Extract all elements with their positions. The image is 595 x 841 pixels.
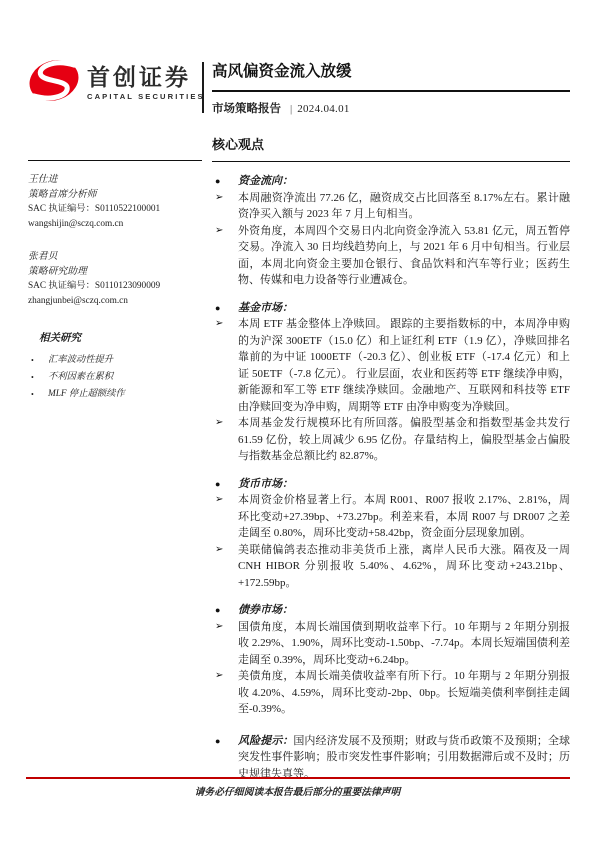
related-research-list: •汇率波动性提升•不利因素在累积•MLF 停止超额续作 <box>28 352 202 403</box>
circle-bullet-icon: ● <box>212 602 238 619</box>
section-title: 货币市场： <box>238 478 293 490</box>
viewpoint-section: ●货币市场：➢本周资金价格显著上行。本周 R001、R007 报收 2.17%、… <box>212 476 570 592</box>
arrow-bullet-icon: ➢ <box>212 492 238 542</box>
section-heading-row: ●债券市场： <box>212 602 570 619</box>
core-viewpoints-heading: 核心观点 <box>212 134 570 153</box>
analyst-sac-number: SAC 执证编号：S0110123090009 <box>28 279 202 294</box>
section-heading-text: 资金流向： <box>238 173 570 190</box>
analyst-block: 张君贝策略研究助理SAC 执证编号：S0110123090009zhangjun… <box>28 249 202 309</box>
sidebar-rule <box>28 160 202 161</box>
related-research-item-label: MLF 停止超额续作 <box>39 386 125 403</box>
analyst-email: wangshijin@sczq.com.cn <box>28 217 202 232</box>
report-title: 高风偏资金流入放缓 <box>212 59 570 81</box>
viewpoint-section: ●基金市场：➢本周 ETF 基金整体上净赎回。 跟踪的主要指数标的中，本周净申购… <box>212 300 570 465</box>
bullet-row: ➢本周 ETF 基金整体上净赎回。 跟踪的主要指数标的中，本周净申购的为沪深 3… <box>212 316 570 415</box>
bullet-row: ➢本周资金价格显著上行。本周 R001、R007 报收 2.17%、2.81%，… <box>212 492 570 542</box>
section-heading-text: 货币市场： <box>238 476 570 493</box>
analyst-role: 策略首席分析师 <box>28 187 202 202</box>
circle-bullet-icon: ● <box>212 733 238 783</box>
bullet-text: 本周融资净流出 77.26 亿，融资成交占比回落至 8.17%左右。累计融资净买… <box>238 190 570 223</box>
dot-bullet-icon: • <box>28 352 39 369</box>
header-vertical-divider <box>202 62 204 113</box>
report-subtitle: 市场策略报告 | 2024.04.01 <box>212 100 570 116</box>
header-title-block: 高风偏资金流入放缓 市场策略报告 | 2024.04.01 <box>212 59 570 116</box>
bullet-text: 美联储偏鸽表态推动非美货币上涨，离岸人民币大涨。隔夜及一周 CNH HIBOR … <box>238 542 570 592</box>
arrow-bullet-icon: ➢ <box>212 542 238 592</box>
arrow-bullet-icon: ➢ <box>212 316 238 415</box>
analyst-block: 王仕进策略首席分析师SAC 执证编号：S0110522100001wangshi… <box>28 172 202 232</box>
arrow-bullet-icon: ➢ <box>212 415 238 465</box>
viewpoint-section: ●风险提示：国内经济发展不及预期；财政与货币政策不及预期；全球突发性事件影响；股… <box>212 733 570 783</box>
analyst-name: 张君贝 <box>28 249 202 264</box>
related-research-item-label: 汇率波动性提升 <box>39 352 113 369</box>
section-heading-text: 风险提示：国内经济发展不及预期；财政与货币政策不及预期；全球突发性事件影响；股市… <box>238 733 570 783</box>
related-research-item: •不利因素在累积 <box>28 369 202 386</box>
related-research: 相关研究 •汇率波动性提升•不利因素在累积•MLF 停止超额续作 <box>28 330 202 403</box>
logo-name-cn: 首创证券 <box>87 65 205 89</box>
analyst-sac-number: SAC 执证编号：S0110522100001 <box>28 202 202 217</box>
related-research-item-label: 不利因素在累积 <box>39 369 113 386</box>
bullet-row: ➢本周基金发行规模环比有所回落。偏股型基金和指数型基金共发行 61.59 亿份，… <box>212 415 570 465</box>
section-title: 风险提示： <box>238 735 293 747</box>
related-research-item: •汇率波动性提升 <box>28 352 202 369</box>
logo-swoosh-icon <box>28 57 80 109</box>
related-research-item: •MLF 停止超额续作 <box>28 386 202 403</box>
bullet-text: 外资角度，本周四个交易日内北向资金净流入 53.81 亿元，周五暂停交易。净流入… <box>238 223 570 289</box>
report-date: 2024.04.01 <box>297 103 350 115</box>
section-heading-text: 债券市场： <box>238 602 570 619</box>
bullet-row: ➢本周融资净流出 77.26 亿，融资成交占比回落至 8.17%左右。累计融资净… <box>212 190 570 223</box>
sidebar: 王仕进策略首席分析师SAC 执证编号：S0110522100001wangshi… <box>28 160 202 403</box>
arrow-bullet-icon: ➢ <box>212 619 238 669</box>
viewpoint-sections: ●资金流向：➢本周融资净流出 77.26 亿，融资成交占比回落至 8.17%左右… <box>212 173 570 782</box>
analyst-role: 策略研究助理 <box>28 264 202 279</box>
section-heading-row: ●风险提示：国内经济发展不及预期；财政与货币政策不及预期；全球突发性事件影响；股… <box>212 733 570 783</box>
arrow-bullet-icon: ➢ <box>212 668 238 718</box>
section-heading-row: ●货币市场： <box>212 476 570 493</box>
circle-bullet-icon: ● <box>212 173 238 190</box>
bullet-text: 本周 ETF 基金整体上净赎回。 跟踪的主要指数标的中，本周净申购的为沪深 30… <box>238 316 570 415</box>
viewpoint-section: ●债券市场：➢国债角度，本周长端国债到期收益率下行。10 年期与 2 年期分别报… <box>212 602 570 718</box>
bullet-text: 美债角度，本周长端美债收益率有所下行。10 年期与 2 年期分别报收 4.20%… <box>238 668 570 718</box>
analyst-list: 王仕进策略首席分析师SAC 执证编号：S0110522100001wangshi… <box>28 172 202 309</box>
bullet-text: 本周资金价格显著上行。本周 R001、R007 报收 2.17%、2.81%，周… <box>238 492 570 542</box>
bullet-text: 国债角度，本周长端国债到期收益率下行。10 年期与 2 年期分别报收 2.29%… <box>238 619 570 669</box>
circle-bullet-icon: ● <box>212 476 238 493</box>
core-heading-rule <box>212 161 570 162</box>
report-type: 市场策略报告 <box>212 100 281 116</box>
analyst-email: zhangjunbei@sczq.com.cn <box>28 294 202 309</box>
section-heading-text: 基金市场： <box>238 300 570 317</box>
company-logo: 首创证券 CAPITAL SECURITIES <box>28 57 205 109</box>
viewpoint-section: ●资金流向：➢本周融资净流出 77.26 亿，融资成交占比回落至 8.17%左右… <box>212 173 570 289</box>
section-title: 资金流向： <box>238 175 293 187</box>
analyst-name: 王仕进 <box>28 172 202 187</box>
subtitle-separator: | <box>290 103 292 115</box>
main-content: 核心观点 ●资金流向：➢本周融资净流出 77.26 亿，融资成交占比回落至 8.… <box>212 134 570 782</box>
bullet-row: ➢美债角度，本周长端美债收益率有所下行。10 年期与 2 年期分别报收 4.20… <box>212 668 570 718</box>
dot-bullet-icon: • <box>28 369 39 386</box>
arrow-bullet-icon: ➢ <box>212 190 238 223</box>
section-heading-row: ●资金流向： <box>212 173 570 190</box>
footer-rule <box>26 777 570 779</box>
section-title: 债券市场： <box>238 604 293 616</box>
circle-bullet-icon: ● <box>212 300 238 317</box>
bullet-text: 本周基金发行规模环比有所回落。偏股型基金和指数型基金共发行 61.59 亿份，较… <box>238 415 570 465</box>
bullet-row: ➢国债角度，本周长端国债到期收益率下行。10 年期与 2 年期分别报收 2.29… <box>212 619 570 669</box>
logo-name-en: CAPITAL SECURITIES <box>87 92 205 101</box>
section-heading-row: ●基金市场： <box>212 300 570 317</box>
title-rule <box>212 90 570 92</box>
dot-bullet-icon: • <box>28 386 39 403</box>
related-research-title: 相关研究 <box>28 330 202 345</box>
section-title: 基金市场： <box>238 302 293 314</box>
arrow-bullet-icon: ➢ <box>212 223 238 289</box>
bullet-row: ➢外资角度，本周四个交易日内北向资金净流入 53.81 亿元，周五暂停交易。净流… <box>212 223 570 289</box>
footer-disclaimer: 请务必仔细阅读本报告最后部分的重要法律声明 <box>0 784 595 798</box>
report-page: 首创证券 CAPITAL SECURITIES 高风偏资金流入放缓 市场策略报告… <box>0 0 595 841</box>
bullet-row: ➢美联储偏鸽表态推动非美货币上涨，离岸人民币大涨。隔夜及一周 CNH HIBOR… <box>212 542 570 592</box>
